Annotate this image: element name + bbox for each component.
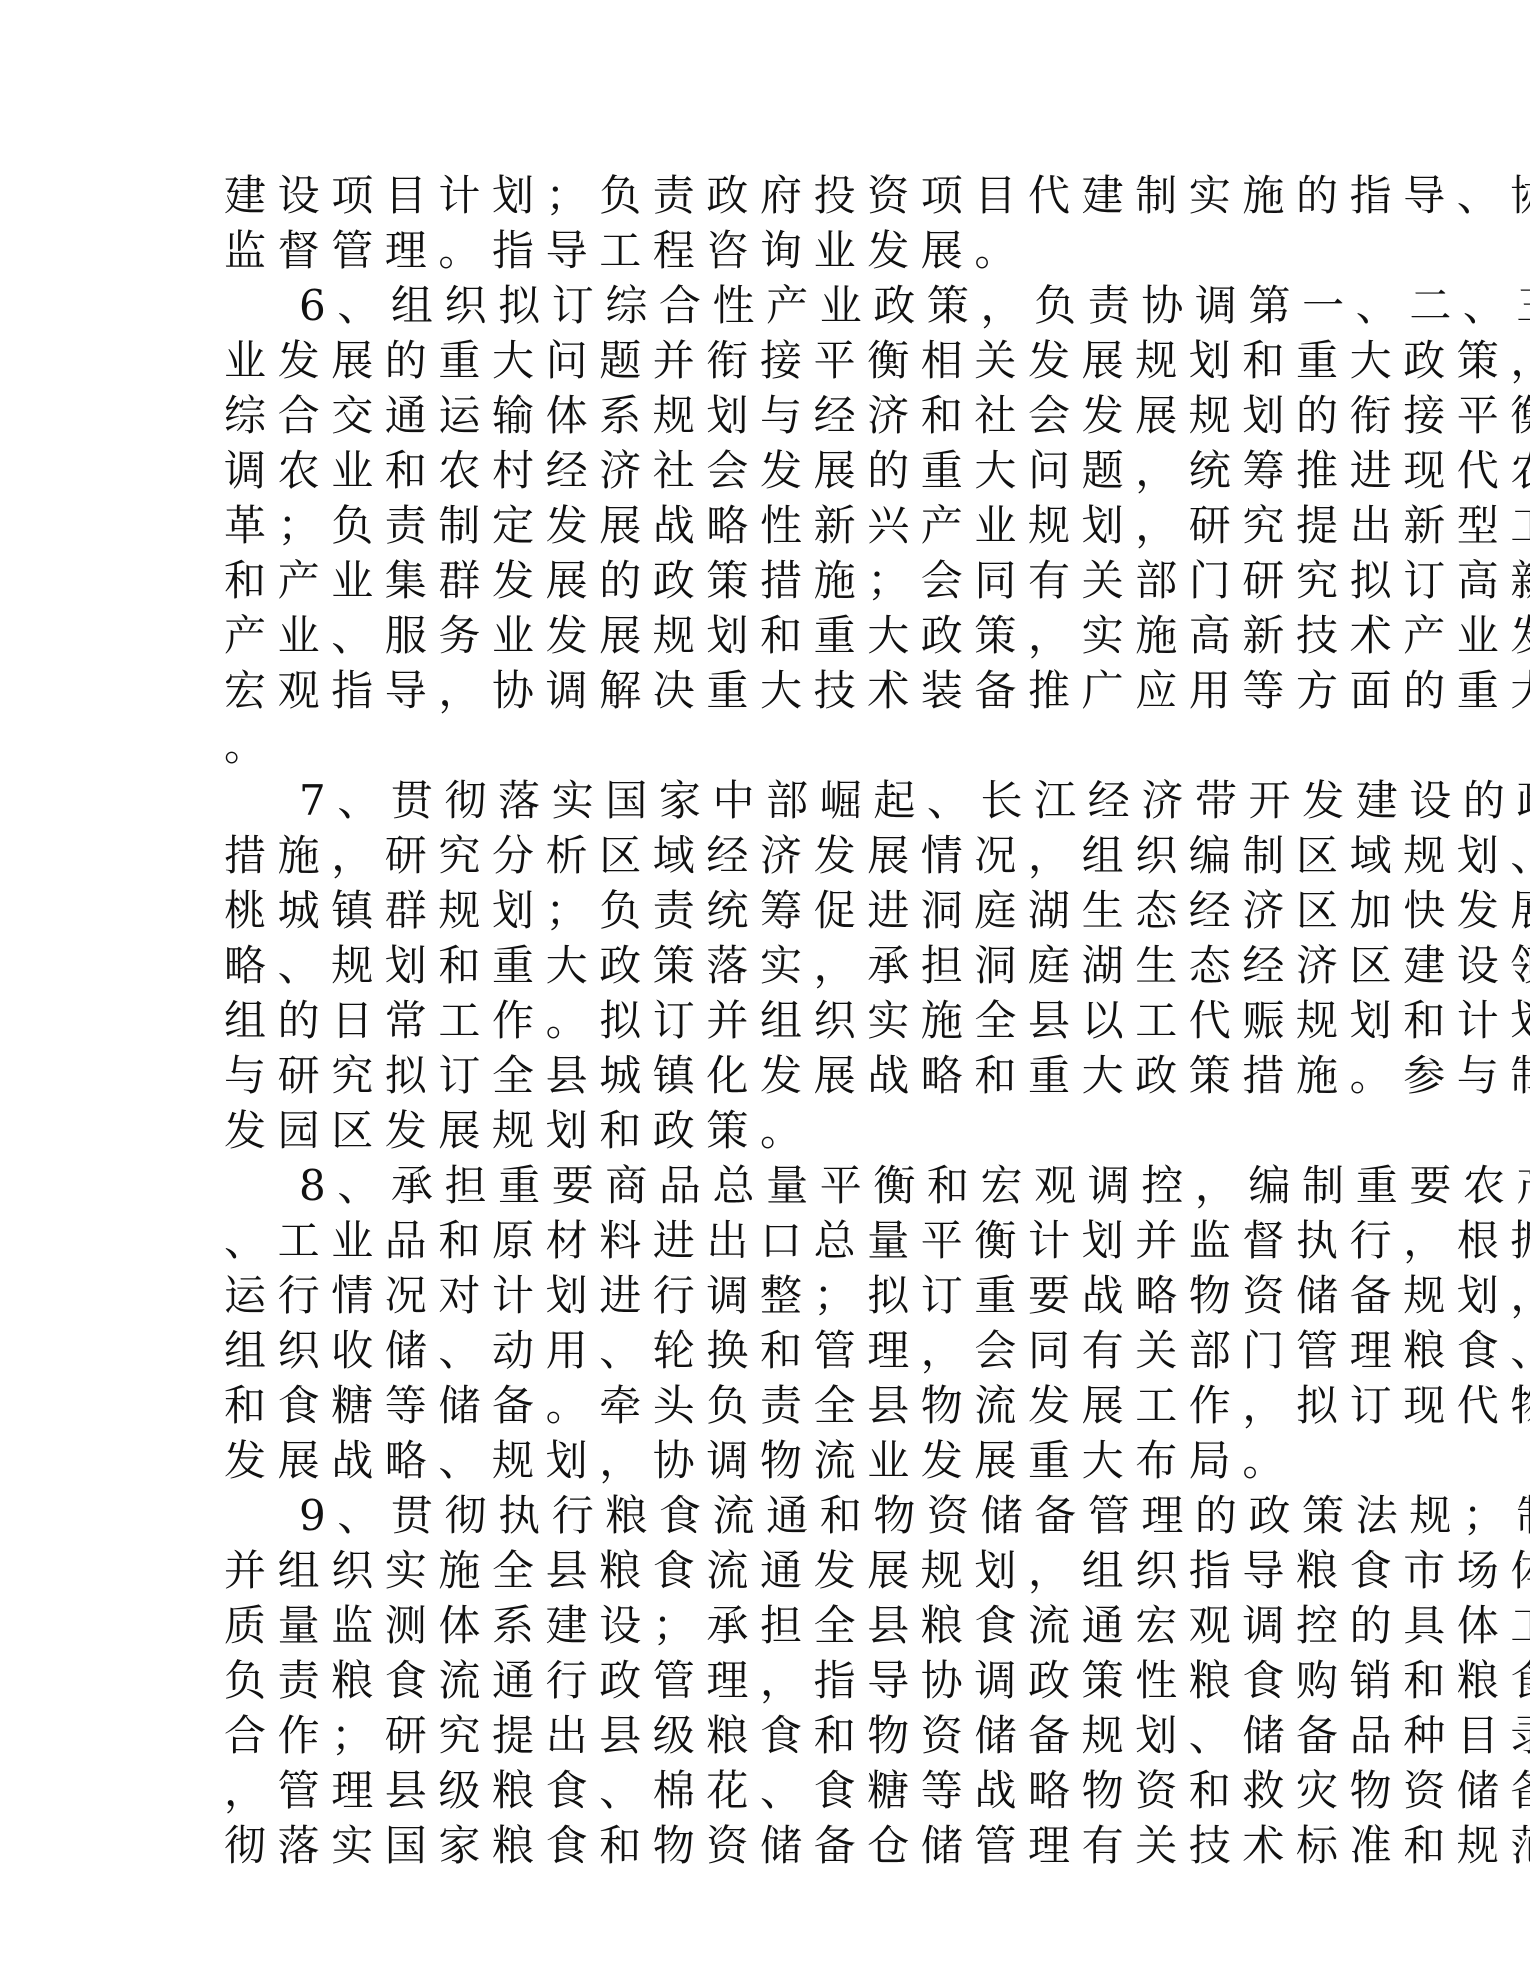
text-line: 并组织实施全县粮食流通发展规划，组织指导粮食市场体系和 <box>224 1543 1304 1598</box>
text-line: 运行情况对计划进行调整；拟订重要战略物资储备规划，负责 <box>224 1268 1304 1323</box>
text-line: 建设项目计划；负责政府投资项目代建制实施的指导、协调和 <box>224 168 1304 223</box>
paragraph-continuation: 建设项目计划；负责政府投资项目代建制实施的指导、协调和 监督管理。指导工程咨询业… <box>224 168 1304 278</box>
text-line: ，管理县级粮食、棉花、食糖等战略物资和救灾物资储备；贯 <box>224 1763 1304 1818</box>
text-line: 发园区发展规划和政策。 <box>224 1103 1304 1158</box>
text-line: 革；负责制定发展战略性新兴产业规划，研究提出新型工业化 <box>224 498 1304 553</box>
text-line: 产业、服务业发展规划和重大政策，实施高新技术产业发展的 <box>224 608 1304 663</box>
text-line: 措施，研究分析区域经济发展情况，组织编制区域规划、益沅 <box>224 828 1304 883</box>
text-line: 、工业品和原材料进出口总量平衡计划并监督执行，根据经济 <box>224 1213 1304 1268</box>
document-body: 建设项目计划；负责政府投资项目代建制实施的指导、协调和 监督管理。指导工程咨询业… <box>224 168 1304 1873</box>
text-line: 发展战略、规划，协调物流业发展重大布局。 <box>224 1433 1304 1488</box>
paragraph-item-7: 7、贯彻落实国家中部崛起、长江经济带开发建设的政策 措施，研究分析区域经济发展情… <box>224 773 1304 1158</box>
text-line: 7、贯彻落实国家中部崛起、长江经济带开发建设的政策 <box>224 773 1304 828</box>
text-line: 。 <box>224 718 1304 773</box>
text-line: 调农业和农村经济社会发展的重大问题，统筹推进现代农业改 <box>224 443 1304 498</box>
text-line: 桃城镇群规划；负责统筹促进洞庭湖生态经济区加快发展的战 <box>224 883 1304 938</box>
text-line: 略、规划和重大政策落实，承担洞庭湖生态经济区建设领导小 <box>224 938 1304 993</box>
paragraph-item-6: 6、组织拟订综合性产业政策，负责协调第一、二、三产 业发展的重大问题并衔接平衡相… <box>224 278 1304 773</box>
document-page: 建设项目计划；负责政府投资项目代建制实施的指导、协调和 监督管理。指导工程咨询业… <box>0 0 1530 1980</box>
text-line: 宏观指导，协调解决重大技术装备推广应用等方面的重大问题 <box>224 663 1304 718</box>
text-line: 6、组织拟订综合性产业政策，负责协调第一、二、三产 <box>224 278 1304 333</box>
text-line: 负责粮食流通行政管理，指导协调政策性粮食购销和粮食产销 <box>224 1653 1304 1708</box>
text-line: 综合交通运输体系规划与经济和社会发展规划的衔接平衡；协 <box>224 388 1304 443</box>
text-line: 质量监测体系建设；承担全县粮食流通宏观调控的具体工作， <box>224 1598 1304 1653</box>
paragraph-item-9: 9、贯彻执行粮食流通和物资储备管理的政策法规；制定 并组织实施全县粮食流通发展规… <box>224 1488 1304 1873</box>
paragraph-item-8: 8、承担重要商品总量平衡和宏观调控，编制重要农产品 、工业品和原材料进出口总量平… <box>224 1158 1304 1488</box>
text-line: 监督管理。指导工程咨询业发展。 <box>224 223 1304 278</box>
text-line: 彻落实国家粮食和物资储备仓储管理有关技术标准和规范，指 <box>224 1818 1304 1873</box>
text-line: 组的日常工作。拟订并组织实施全县以工代赈规划和计划；参 <box>224 993 1304 1048</box>
text-line: 与研究拟订全县城镇化发展战略和重大政策措施。参与制定开 <box>224 1048 1304 1103</box>
text-line: 组织收储、动用、轮换和管理，会同有关部门管理粮食、棉花 <box>224 1323 1304 1378</box>
text-line: 和食糖等储备。牵头负责全县物流发展工作，拟订现代物流业 <box>224 1378 1304 1433</box>
text-line: 和产业集群发展的政策措施；会同有关部门研究拟订高新技术 <box>224 553 1304 608</box>
text-line: 业发展的重大问题并衔接平衡相关发展规划和重大政策，负责 <box>224 333 1304 388</box>
text-line: 合作；研究提出县级粮食和物资储备规划、储备品种目录建议 <box>224 1708 1304 1763</box>
text-line: 9、贯彻执行粮食流通和物资储备管理的政策法规；制定 <box>224 1488 1304 1543</box>
text-line: 8、承担重要商品总量平衡和宏观调控，编制重要农产品 <box>224 1158 1304 1213</box>
